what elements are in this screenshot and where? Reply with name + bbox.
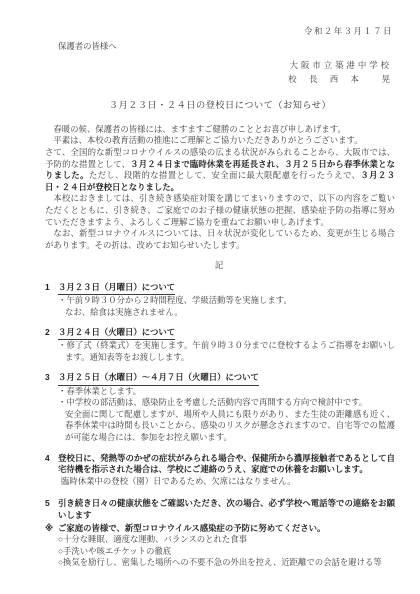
date-line: 令和２年３月１７日 xyxy=(45,26,395,38)
note-item-sleep: ○十分な睡眠、適度な運動、バランスのとれた食事 xyxy=(58,534,395,546)
section-1-line-2: なお、給食は実施されません。 xyxy=(65,307,395,319)
section-2-heading: ３月２４日（火曜日）について xyxy=(58,327,175,340)
sender-block: 大阪市立築港中学校 校 長 西 本 晃 xyxy=(45,59,395,86)
section-2-number: 2 xyxy=(45,327,58,339)
note-item-ventilation: ○換気を励行し、密集した場所への不要不急の外出を控え、近距離での会話を避ける等 xyxy=(58,557,395,569)
document-title: ３月２３日・２４日の登校日について（お知らせ） xyxy=(45,100,395,112)
section-3-line-1: ・春季休業とします。 xyxy=(58,386,395,398)
note-item-list: ○十分な睡眠、適度な運動、バランスのとれた食事 ○手洗いや咳エチケットの徹底 ○… xyxy=(58,534,395,569)
section-3-heading: ３月２５日（水曜日）～４月７日（火曜日）について xyxy=(58,372,259,385)
section-1-heading: ３月２３日（月曜日）について xyxy=(58,282,175,295)
section-3-heading-row: 3 ３月２５日（水曜日）～４月７日（火曜日）について xyxy=(45,372,395,385)
note-marker: ※ xyxy=(45,523,58,535)
section-4-text: 登校日に、発熱等のかぜの症状がみられる場合や、保健所から濃厚接触者であるとして自… xyxy=(58,453,395,476)
section-2: 2 ３月２４日（火曜日）について ・修了式（終業式）を実施します。午前９時３０分… xyxy=(45,327,395,363)
note-item-handwash: ○手洗いや咳エチケットの徹底 xyxy=(58,546,395,558)
document-page: 令和２年３月１７日 保護者の皆様へ 大阪市立築港中学校 校 長 西 本 晃 ３月… xyxy=(0,0,420,594)
section-1-heading-row: 1 ３月２３日（月曜日）について xyxy=(45,282,395,295)
principal-name: 校 長 西 本 晃 xyxy=(45,73,392,87)
paragraph-main: さて、全国的な新型コロナウイルスの感染の広まる状況がみられることから、大阪市では… xyxy=(45,147,395,193)
ki-marker: 記 xyxy=(45,260,395,272)
section-5-text: 引き続き日々の健康状態をご確認いただき、次の場合、必ず学校へ電話等での連絡をお願… xyxy=(58,498,395,521)
section-5: 5 引き続き日々の健康状態をご確認いただき、次の場合、必ず学校へ電話等での連絡を… xyxy=(45,498,395,521)
section-3-number: 3 xyxy=(45,372,58,384)
section-2-heading-row: 2 ３月２４日（火曜日）について xyxy=(45,327,395,340)
section-3: 3 ３月２５日（水曜日）～４月７日（火曜日）について ・春季休業とします。 ・中… xyxy=(45,372,395,443)
paragraph-thanks: 平素は、本校の教育活動の推進にご理解とご協力いただきありがとうございます。 xyxy=(45,135,395,147)
letter-body: 春暖の候、保護者の皆様には、ますますご健勝のこととお喜び申しあげます。 平素は、… xyxy=(45,124,395,252)
section-5-heading-row: 5 引き続き日々の健康状態をご確認いただき、次の場合、必ず学校へ電話等での連絡を… xyxy=(45,498,395,521)
section-5-number: 5 xyxy=(45,498,58,510)
recipient-line: 保護者の皆様へ xyxy=(58,41,395,53)
section-4-number: 4 xyxy=(45,453,58,465)
section-3-line-2: ・中学校の部活動は、感染防止を考慮した活動内容で再開する方向で検討中です。 xyxy=(58,397,395,409)
section-3-line-3: 安全面に関して配慮しますが、場所や人員にも限りがあり、また生徒の距離感も近く、春… xyxy=(65,409,395,444)
note-heading-row: ※ ご家庭の皆様で、新型コロナウイルス感染症の予防に努めてください。 xyxy=(45,523,395,535)
section-4-sub-note: 臨時休業中の登校（園）日であるため、欠席にはなりません。 xyxy=(61,476,395,488)
paragraph-measures: 本校におきましては、引き続き感染症対策を講じてまいりますので、以下の内容をご覧い… xyxy=(45,193,395,228)
section-4-heading-row: 4 登校日に、発熱等のかぜの症状がみられる場合や、保健所から濃厚接触者であるとし… xyxy=(45,453,395,476)
school-name: 大阪市立築港中学校 xyxy=(45,59,392,73)
section-1: 1 ３月２３日（月曜日）について ・午前９時３０分から２時間程度、学級活動等を実… xyxy=(45,282,395,318)
main-text-normal-2: ただし、段階的な措置として、安全面に最大限配慮を行ったうえで、 xyxy=(89,171,360,180)
note-section: ※ ご家庭の皆様で、新型コロナウイルス感染症の予防に努めてください。 ○十分な睡… xyxy=(45,523,395,569)
section-1-number: 1 xyxy=(45,282,58,294)
section-4: 4 登校日に、発熱等のかぜの症状がみられる場合や、保健所から濃厚接触者であるとし… xyxy=(45,453,395,488)
paragraph-greeting: 春暖の候、保護者の皆様には、ますますご健勝のこととお喜び申しあげます。 xyxy=(45,124,395,136)
section-2-line-1: ・修了式（終業式）を実施します。午前９時３０分までに登校するようご指導をお願いし… xyxy=(58,340,395,363)
paragraph-changes: なお、新型コロナウイルスについては、日々状況が変化しているため、変更が生じる場合… xyxy=(45,228,395,251)
note-text: ご家庭の皆様で、新型コロナウイルス感染症の予防に努めてください。 xyxy=(58,523,395,535)
section-1-line-1: ・午前９時３０分から２時間程度、学級活動等を実施します。 xyxy=(58,295,395,307)
